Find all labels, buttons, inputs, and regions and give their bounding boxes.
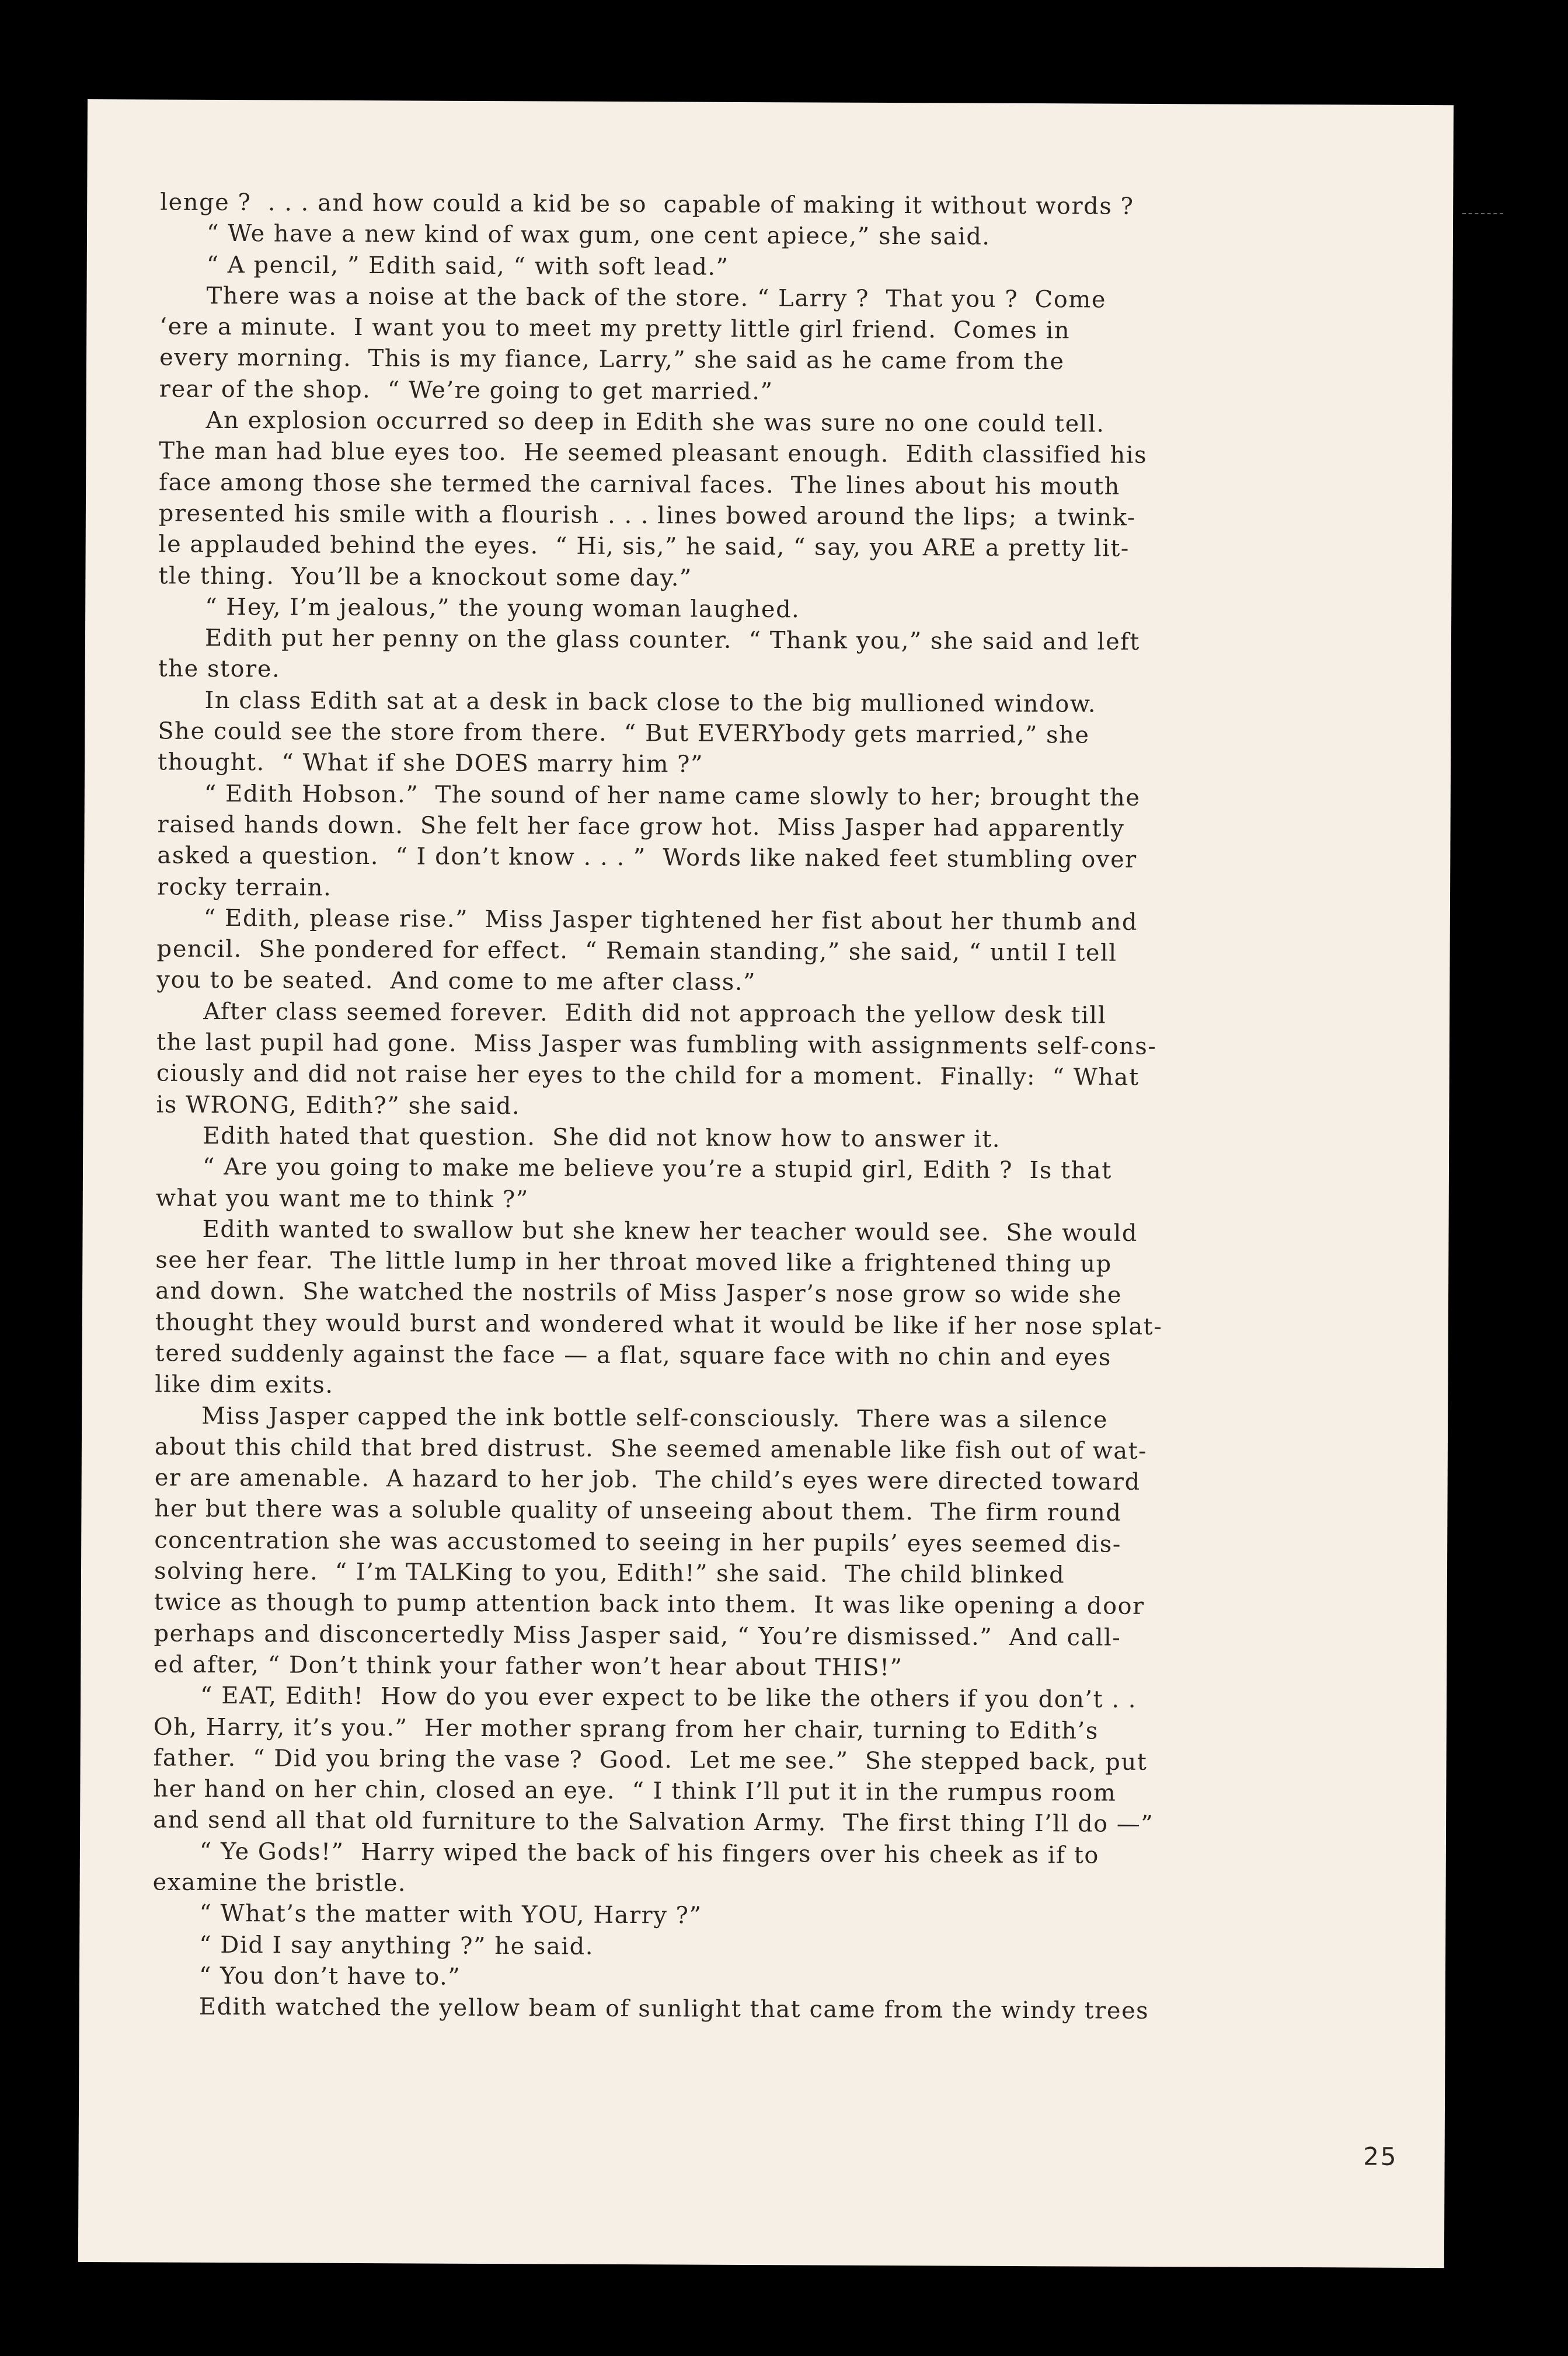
text-line: tered suddenly against the face — a flat… — [155, 1339, 1410, 1375]
scan-artifact — [1462, 213, 1503, 220]
text-line: the store. — [158, 654, 1413, 691]
text-line: “ Hey, I’m jealous,” the young woman lau… — [158, 591, 1413, 628]
text-line: thought. “ What if she DOES marry him ?” — [158, 747, 1413, 784]
text-line: “ Edith Hobson.” The sound of her name c… — [158, 778, 1413, 815]
text-line: and down. She watched the nostrils of Mi… — [155, 1276, 1410, 1313]
text-line: In class Edith sat at a desk in back clo… — [158, 685, 1413, 722]
text-line: twice as though to pump attention back i… — [154, 1587, 1409, 1624]
text-line: father. “ Did you bring the vase ? Good.… — [153, 1742, 1408, 1779]
text-line: She could see the store from there. “ Bu… — [158, 716, 1413, 753]
text-line: Edith hated that question. She did not k… — [156, 1120, 1411, 1157]
text-line: “ You don’t have to.” — [152, 1960, 1407, 1997]
text-line: “ EAT, Edith! How do you ever expect to … — [154, 1681, 1409, 1717]
text-line: Oh, Harry, it’s you.” Her mother sprang … — [154, 1712, 1409, 1748]
text-line: An explosion occurred so deep in Edith s… — [159, 405, 1414, 442]
page-number: 25 — [1363, 2142, 1398, 2171]
text-line: “ Edith, please rise.” Miss Jasper tight… — [157, 902, 1412, 939]
text-line: presented his smile with a flourish . . … — [159, 499, 1414, 535]
text-line: raised hands down. She felt her face gro… — [157, 809, 1412, 846]
text-line: perhaps and disconcertedly Miss Jasper s… — [154, 1618, 1409, 1655]
text-line: like dim exits. — [155, 1369, 1410, 1406]
text-line: “ What’s the matter with YOU, Harry ?” — [152, 1898, 1407, 1935]
text-line: face among those she termed the carnival… — [159, 467, 1414, 504]
document-page: lenge ? . . . and how could a kid be so … — [78, 99, 1454, 2268]
text-line: asked a question. “ I don’t know . . . ”… — [157, 841, 1412, 877]
text-line: “ We have a new kind of wax gum, one cen… — [160, 218, 1415, 255]
text-line: examine the bristle. — [153, 1867, 1408, 1904]
text-line: rocky terrain. — [157, 872, 1412, 908]
text-line: Miss Jasper capped the ink bottle self-c… — [155, 1400, 1410, 1437]
text-line: and send all that old furniture to the S… — [153, 1805, 1408, 1842]
text-line: solving here. “ I’m TALKing to you, Edit… — [154, 1556, 1409, 1593]
text-line: After class seemed forever. Edith did no… — [156, 996, 1412, 1033]
text-line: the last pupil had gone. Miss Jasper was… — [156, 1027, 1412, 1064]
text-line: lenge ? . . . and how could a kid be so … — [160, 187, 1415, 224]
text-line: The man had blue eyes too. He seemed ple… — [159, 436, 1414, 473]
text-line: what you want me to think ?” — [156, 1183, 1411, 1219]
text-line: thought they would burst and wondered wh… — [155, 1307, 1410, 1344]
text-line: her hand on her chin, closed an eye. “ I… — [153, 1774, 1408, 1811]
text-line: “ Did I say anything ?” he said. — [152, 1929, 1407, 1966]
text-line: Edith wanted to swallow but she knew her… — [155, 1214, 1410, 1250]
text-line: ‘ere a minute. I want you to meet my pre… — [159, 312, 1414, 348]
text-line: le applauded behind the eyes. “ Hi, sis,… — [159, 529, 1414, 566]
text-line: ed after, “ Don’t think your father won’… — [154, 1649, 1409, 1686]
text-line: “ Are you going to make me believe you’r… — [156, 1152, 1411, 1189]
text-line: er are amenable. A hazard to her job. Th… — [155, 1463, 1410, 1500]
text-line: Edith watched the yellow beam of sunligh… — [152, 1992, 1407, 2029]
text-line: you to be seated. And come to me after c… — [156, 965, 1412, 1002]
text-line: her but there was a soluble quality of u… — [154, 1494, 1409, 1531]
text-line: pencil. She pondered for effect. “ Remai… — [157, 934, 1412, 971]
story-text: lenge ? . . . and how could a kid be so … — [152, 187, 1416, 2029]
text-line: tle thing. You’ll be a knockout some day… — [158, 560, 1413, 597]
text-line: There was a noise at the back of the sto… — [159, 280, 1414, 317]
text-line: concentration she was accustomed to seei… — [154, 1525, 1409, 1562]
text-line: every morning. This is my fiance, Larry,… — [159, 343, 1414, 379]
text-line: “ Ye Gods!” Harry wiped the back of his … — [153, 1836, 1408, 1873]
text-line: about this child that bred distrust. She… — [155, 1431, 1410, 1468]
text-line: ciously and did not raise her eyes to th… — [156, 1058, 1412, 1095]
text-line: Edith put her penny on the glass counter… — [158, 623, 1413, 660]
text-line: is WRONG, Edith?” she said. — [156, 1089, 1411, 1126]
text-line: rear of the shop. “ We’re going to get m… — [159, 374, 1414, 410]
text-line: see her fear. The little lump in her thr… — [155, 1245, 1410, 1282]
text-line: “ A pencil, ” Edith said, “ with soft le… — [160, 249, 1415, 286]
